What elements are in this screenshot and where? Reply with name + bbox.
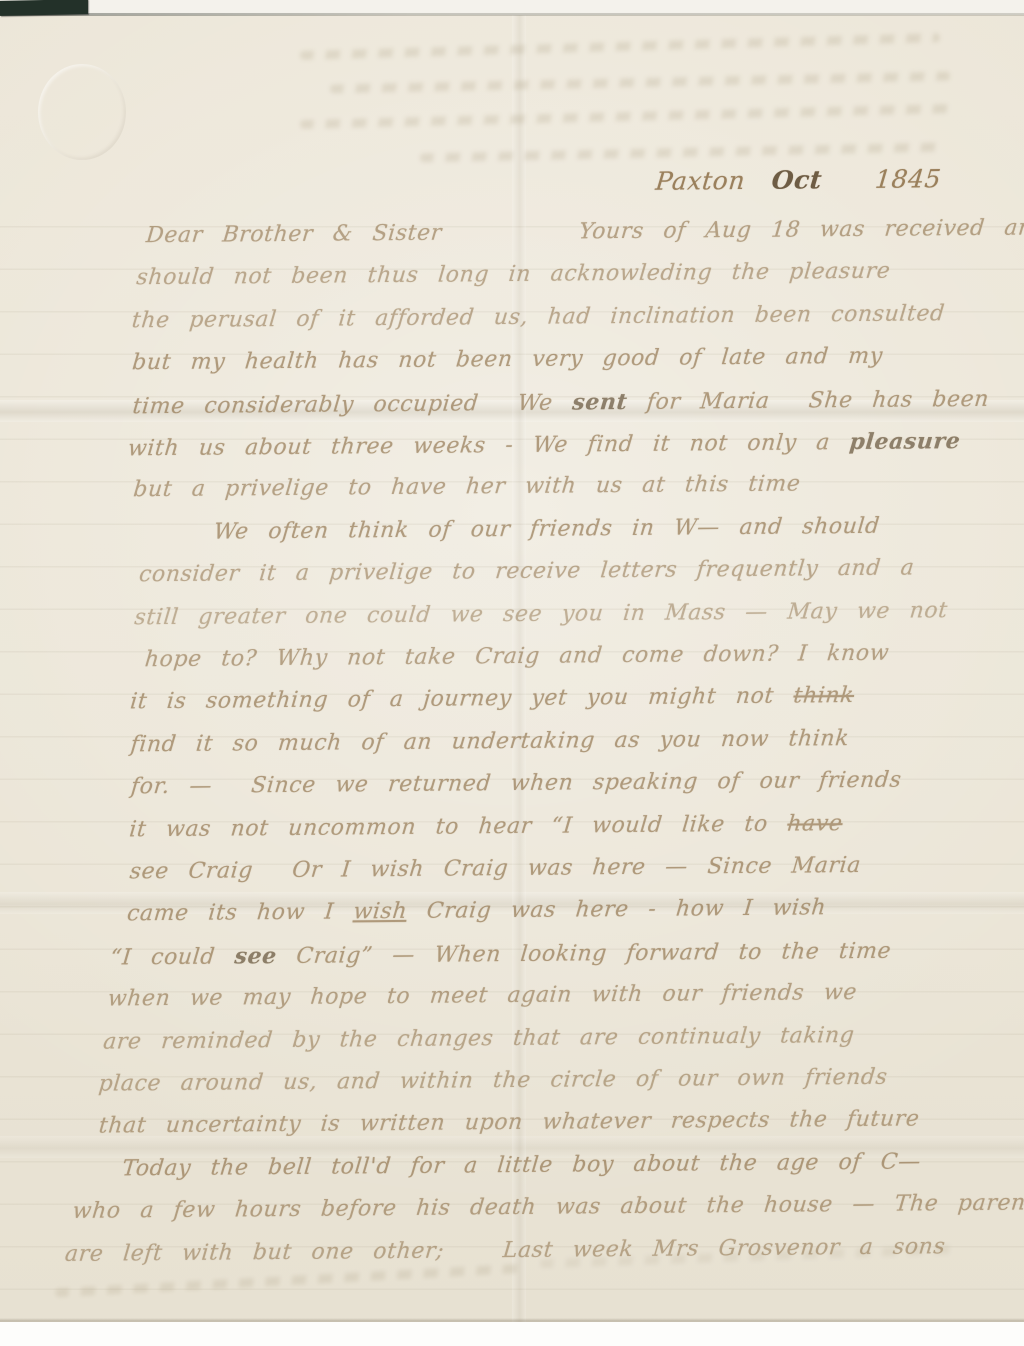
- handwriting-line: hope to? Why not take Craig and come dow…: [144, 641, 891, 673]
- handwriting-line: it is something of a journey yet you mig…: [129, 683, 855, 714]
- handwriting-text: find it so much of an undertaking as you…: [129, 726, 850, 757]
- handwriting-strike-word: have: [786, 811, 844, 837]
- handwriting-line: it was not uncommon to hear “I would lik…: [128, 811, 844, 842]
- salutation-line: Dear Brother & Sister Yours of Aug 18 wa…: [145, 215, 1024, 248]
- handwriting-text: Craig was here - how I wish: [406, 895, 827, 924]
- handwriting-line: place around us, and within the circle o…: [97, 1065, 888, 1097]
- handwriting-line: when we may hope to meet again with our …: [107, 980, 859, 1012]
- handwriting-text: for Maria She has been: [626, 387, 990, 415]
- handwriting-line: “I could see Craig” — When looking forwa…: [109, 938, 892, 971]
- handwriting-text: still greater one could we see you in Ma…: [133, 598, 949, 630]
- handwriting-text: the perusal of it afforded us, had incli…: [131, 301, 946, 333]
- handwriting-text: that uncertainty is written upon whateve…: [98, 1106, 921, 1138]
- handwriting-text: when we may hope to meet again with our …: [107, 980, 859, 1012]
- handwriting-text: but a privelige to have her with us at t…: [132, 471, 802, 502]
- handwriting-text: for. — Since we returned when speaking o…: [130, 768, 903, 800]
- handwriting-text: should not been thus long in acknowledin…: [135, 259, 891, 291]
- handwriting-text: Craig” — When looking forward to the tim…: [276, 939, 893, 969]
- handwriting-dark-word: see: [233, 943, 278, 969]
- handwriting-dark-word: pleasure: [848, 428, 961, 455]
- handwriting-line: still greater one could we see you in Ma…: [133, 598, 949, 630]
- handwriting-text: “I could: [109, 944, 236, 970]
- handwriting-line: are left with but one other; Last week M…: [64, 1234, 947, 1267]
- handwriting-layer: Paxton Oct 1845Dear Brother & Sister You…: [0, 0, 1024, 1346]
- handwriting-text: it is something of a journey yet you mig…: [129, 684, 795, 715]
- handwriting-text: consider it a privelige to receive lette…: [138, 555, 916, 587]
- handwriting-text: it was not uncommon to hear “I would lik…: [128, 812, 788, 843]
- handwriting-line: came its how I wish Craig was here - how…: [126, 895, 828, 926]
- handwriting-line: are reminded by the changes that are con…: [102, 1023, 856, 1055]
- handwriting-line: with us about three weeks - We find it n…: [127, 428, 962, 461]
- handwriting-line: We often think of our friends in W— and …: [213, 514, 881, 545]
- handwriting-text: Paxton: [654, 166, 773, 196]
- handwriting-text: Today the bell toll'd for a little boy a…: [121, 1149, 922, 1181]
- handwriting-text: 1845: [821, 164, 943, 194]
- handwriting-line: for. — Since we returned when speaking o…: [130, 768, 903, 800]
- handwriting-line: should not been thus long in acknowledin…: [135, 259, 891, 291]
- handwriting-text: are left with but one other; Last week M…: [64, 1234, 947, 1267]
- handwriting-line: consider it a privelige to receive lette…: [138, 555, 916, 587]
- handwriting-text: place around us, and within the circle o…: [97, 1065, 888, 1097]
- handwriting-text: We often think of our friends in W— and …: [213, 514, 881, 545]
- handwriting-strike-word: think: [792, 683, 855, 709]
- handwriting-underline-word: wish: [352, 899, 408, 924]
- handwriting-text: Dear Brother & Sister Yours of Aug 18 wa…: [145, 215, 1024, 248]
- handwriting-line: but a privelige to have her with us at t…: [132, 471, 802, 502]
- handwriting-text: hope to? Why not take Craig and come dow…: [144, 641, 891, 673]
- handwriting-dark-word: Oct: [770, 165, 823, 194]
- handwriting-text: with us about three weeks - We find it n…: [127, 430, 851, 461]
- handwriting-text: are reminded by the changes that are con…: [102, 1023, 856, 1055]
- handwriting-line: Today the bell toll'd for a little boy a…: [121, 1149, 922, 1181]
- handwriting-text: see Craig Or I wish Craig was here — Sin…: [129, 853, 863, 884]
- handwriting-text: who a few hours before his death was abo…: [71, 1190, 1024, 1224]
- handwriting-line: but my health has not been very good of …: [131, 344, 884, 376]
- handwriting-line: find it so much of an undertaking as you…: [129, 726, 850, 757]
- dateline: Paxton Oct 1845: [654, 164, 942, 196]
- handwriting-line: who a few hours before his death was abo…: [71, 1190, 1024, 1224]
- handwriting-line: time considerably occupied We sent for M…: [131, 386, 990, 419]
- handwriting-text: time considerably occupied We: [131, 390, 573, 419]
- handwriting-line: see Craig Or I wish Craig was here — Sin…: [129, 853, 863, 884]
- handwriting-text: came its how I: [126, 899, 355, 926]
- handwriting-text: but my health has not been very good of …: [131, 344, 884, 376]
- handwriting-dark-word: sent: [571, 389, 628, 416]
- handwriting-line: the perusal of it afforded us, had incli…: [131, 301, 946, 333]
- handwriting-line: that uncertainty is written upon whateve…: [98, 1106, 921, 1138]
